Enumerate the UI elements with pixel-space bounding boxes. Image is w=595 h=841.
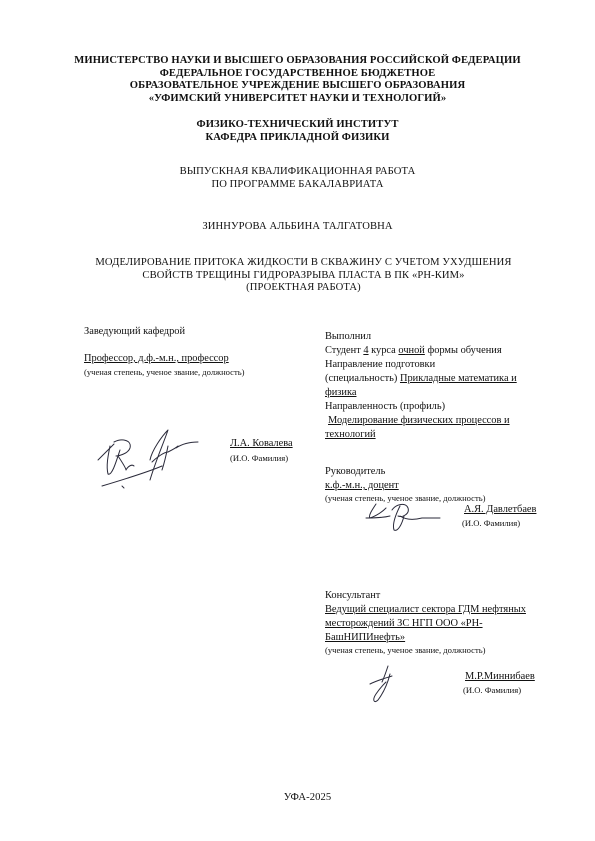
- ministry-header: МИНИСТЕРСТВО НАУКИ И ВЫСШЕГО ОБРАЗОВАНИЯ…: [0, 55, 595, 105]
- specialty-value: Прикладные математика и: [400, 373, 517, 384]
- consultant-label: Консультант: [325, 589, 380, 604]
- student-course-line: Студент 4 курса очной формы обучения: [325, 344, 502, 359]
- head-of-department-position: Профессор, д.ф.-м.н., профессор: [84, 352, 229, 367]
- course-suffix: курса: [369, 345, 399, 356]
- consultant-name-hint: (И.О. Фамилия): [463, 685, 521, 696]
- footer: УФА-2025: [10, 792, 595, 805]
- author-block: ЗИННУРОВА АЛЬБИНА ТАЛГАТОВНА: [0, 221, 595, 234]
- consultant-name: М.Р.Миннибаев: [465, 670, 535, 685]
- supervisor-name-hint: (И.О. Фамилия): [462, 518, 520, 529]
- direction-label: Направление подготовки: [325, 358, 435, 373]
- head-of-department-name: Л.А. Ковалева: [230, 437, 293, 452]
- study-form: очной: [398, 345, 424, 356]
- head-of-department-label: Заведующий кафедрой: [84, 325, 185, 340]
- supervisor-position: к.ф.-м.н., доцент: [325, 479, 399, 494]
- thesis-title-line3: (ПРОЕКТНАЯ РАБОТА): [6, 282, 595, 295]
- thesis-title-line2: СВОЙСТВ ТРЕЩИНЫ ГИДРОРАЗРЫВА ПЛАСТА В ПК…: [6, 270, 595, 283]
- study-form-suffix: формы обучения: [425, 345, 502, 356]
- work-type-line1: ВЫПУСКНАЯ КВАЛИФИКАЦИОННАЯ РАБОТА: [0, 166, 595, 179]
- head-of-department-signature: [92, 426, 202, 494]
- specialty-value-cont: физика: [325, 386, 356, 401]
- profile-label: Направленность (профиль): [325, 400, 445, 415]
- author-name: ЗИННУРОВА АЛЬБИНА ТАЛГАТОВНА: [0, 221, 595, 234]
- specialty-label: (специальность): [325, 373, 400, 384]
- org-type-line2: ОБРАЗОВАТЕЛЬНОЕ УЧРЕЖДЕНИЕ ВЫСШЕГО ОБРАЗ…: [0, 80, 595, 93]
- institute-name: ФИЗИКО-ТЕХНИЧЕСКИЙ ИНСТИТУТ: [0, 119, 595, 132]
- profile-value: Моделирование физических процессов и: [328, 414, 510, 429]
- ministry-name: МИНИСТЕРСТВО НАУКИ И ВЫСШЕГО ОБРАЗОВАНИЯ…: [0, 55, 595, 68]
- performed-by-label: Выполнил: [325, 330, 371, 345]
- work-type-line2: ПО ПРОГРАММЕ БАКАЛАВРИАТА: [0, 179, 595, 192]
- supervisor-label: Руководитель: [325, 465, 385, 480]
- org-type-line1: ФЕДЕРАЛЬНОЕ ГОСУДАРСТВЕННОЕ БЮДЖЕТНОЕ: [0, 68, 595, 81]
- city-year: УФА-2025: [10, 792, 595, 805]
- supervisor-signature: [362, 498, 442, 534]
- work-type-block: ВЫПУСКНАЯ КВАЛИФИКАЦИОННАЯ РАБОТА ПО ПРО…: [0, 166, 595, 191]
- consultant-position: Ведущий специалист сектора ГДМ нефтяных: [325, 603, 526, 618]
- university-name: «УФИМСКИЙ УНИВЕРСИТЕТ НАУКИ И ТЕХНОЛОГИЙ…: [0, 93, 595, 106]
- institute-block: ФИЗИКО-ТЕХНИЧЕСКИЙ ИНСТИТУТ КАФЕДРА ПРИК…: [0, 119, 595, 144]
- head-of-department-position-hint: (ученая степень, ученое звание, должност…: [84, 367, 245, 378]
- head-of-department-name-hint: (И.О. Фамилия): [230, 453, 288, 464]
- consultant-position-hint: (ученая степень, ученое звание, должност…: [325, 645, 486, 656]
- consultant-position-cont2: БашНИПИнефть»: [325, 631, 405, 646]
- thesis-title: МОДЕЛИРОВАНИЕ ПРИТОКА ЖИДКОСТИ В СКВАЖИН…: [6, 257, 595, 295]
- profile-value-cont: технологий: [325, 428, 376, 443]
- thesis-title-line1: МОДЕЛИРОВАНИЕ ПРИТОКА ЖИДКОСТИ В СКВАЖИН…: [6, 257, 595, 270]
- consultant-position-cont1: месторождений ЗС НГП ООО «РН-: [325, 617, 483, 632]
- student-prefix: Студент: [325, 345, 363, 356]
- specialty-line: (специальность) Прикладные математика и: [325, 372, 517, 387]
- supervisor-name: А.Я. Давлетбаев: [464, 503, 536, 518]
- consultant-signature: [366, 664, 406, 706]
- department-name: КАФЕДРА ПРИКЛАДНОЙ ФИЗИКИ: [0, 132, 595, 145]
